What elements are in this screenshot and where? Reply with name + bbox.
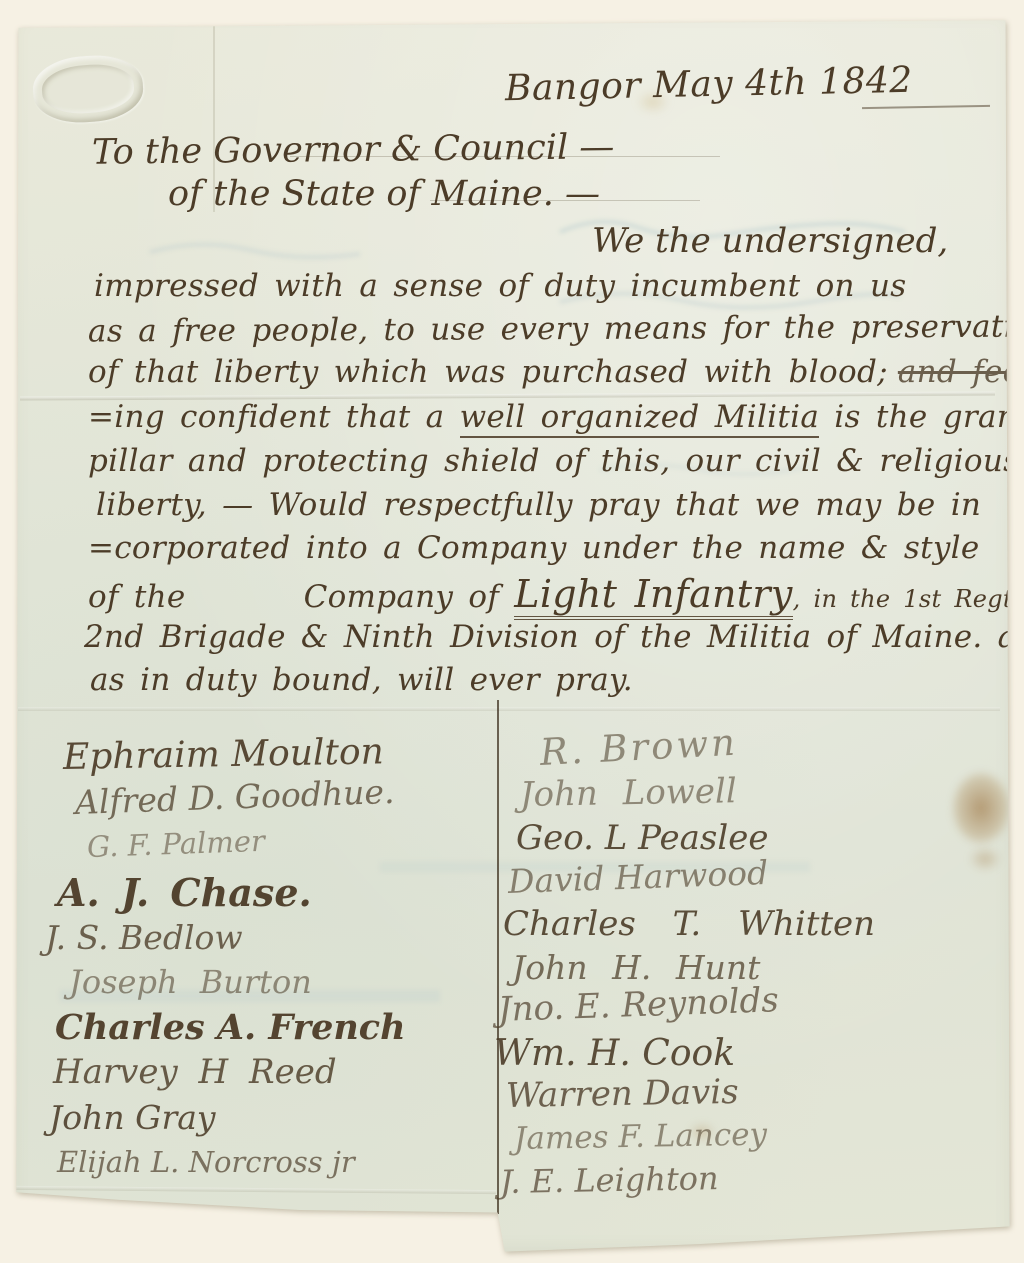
scanned-petition-page: Bangor May 4th 1842 To the Governor & Co… xyxy=(0,0,1024,1263)
body-text-segment: =ing confident that a xyxy=(88,399,460,435)
signature: John Lowell xyxy=(520,768,876,817)
signature: J. S. Bedlow xyxy=(45,915,406,960)
signature-column-right: R. BrownJohn LowellGeo. L PeasleeDavid H… xyxy=(498,731,875,1204)
paper-shadow-wrap: Bangor May 4th 1842 To the Governor & Co… xyxy=(0,0,1024,1263)
body-line: pillar and protecting shield of this, ou… xyxy=(88,443,1019,479)
body-line: =corporated into a Company under the nam… xyxy=(88,530,980,566)
signature: J. E. Leighton xyxy=(500,1154,876,1204)
body-line: impressed with a sense of duty incumbent… xyxy=(94,268,906,304)
signature: James F. Lancey xyxy=(514,1112,876,1161)
body-line: of that liberty which was purchased with… xyxy=(88,354,1024,390)
body-text-segment: is the grand xyxy=(819,399,1024,435)
paper-stain xyxy=(952,772,1010,844)
body-line: as a free people, to use every means for… xyxy=(88,308,1024,349)
body-text-segment: of that liberty which was purchased with… xyxy=(88,354,888,390)
body-text-segment: Company of xyxy=(304,579,515,615)
signature: Warren Davis xyxy=(506,1069,876,1118)
dateline: Bangor May 4th 1842 xyxy=(505,60,913,110)
underlined-phrase: well organized Militia xyxy=(460,399,820,438)
signature: Harvey H Reed xyxy=(53,1050,406,1095)
body-line: as in duty bound, will ever pray. xyxy=(90,662,633,698)
signature: Joseph Burton xyxy=(69,960,406,1005)
signature: R. Brown xyxy=(539,713,876,773)
body-line: 2nd Brigade & Ninth Division of the Mili… xyxy=(84,619,1024,655)
petition-document: Bangor May 4th 1842 To the Governor & Co… xyxy=(0,0,1024,1263)
underlined-phrase: Light Infantry xyxy=(514,572,792,620)
body-text-segment: , in the 1st Regt xyxy=(793,585,1013,613)
paper-stain xyxy=(968,846,1002,872)
fold-crease xyxy=(18,707,1000,711)
fold-crease xyxy=(16,1186,496,1194)
dateline-underline xyxy=(862,105,990,109)
signature: John Gray xyxy=(49,1095,406,1140)
signature: Elijah L. Norcross jr xyxy=(57,1140,406,1185)
signature: Charles A. French xyxy=(55,1005,406,1050)
struck-text: and feel xyxy=(898,354,1024,390)
body-text-segment: of the xyxy=(88,579,186,615)
salutation-line-1: To the Governor & Council — xyxy=(92,127,615,172)
salutation-line-2: of the State of Maine. — xyxy=(168,174,600,214)
body-line: of theCompany of Light Infantry, in the … xyxy=(88,572,1013,616)
body-line: liberty, — Would respectfully pray that … xyxy=(96,487,981,523)
embossed-seal xyxy=(31,52,145,126)
signature: Charles T. Whitten xyxy=(503,903,875,946)
opening-phrase: We the undersigned, xyxy=(592,221,948,261)
body-line: =ing confident that a well organized Mil… xyxy=(88,399,1024,435)
signature: A. J. Chase. xyxy=(57,870,406,915)
signature-column-left: Ephraim MoultonAlfred D. Goodhue.G. F. P… xyxy=(45,735,406,1185)
